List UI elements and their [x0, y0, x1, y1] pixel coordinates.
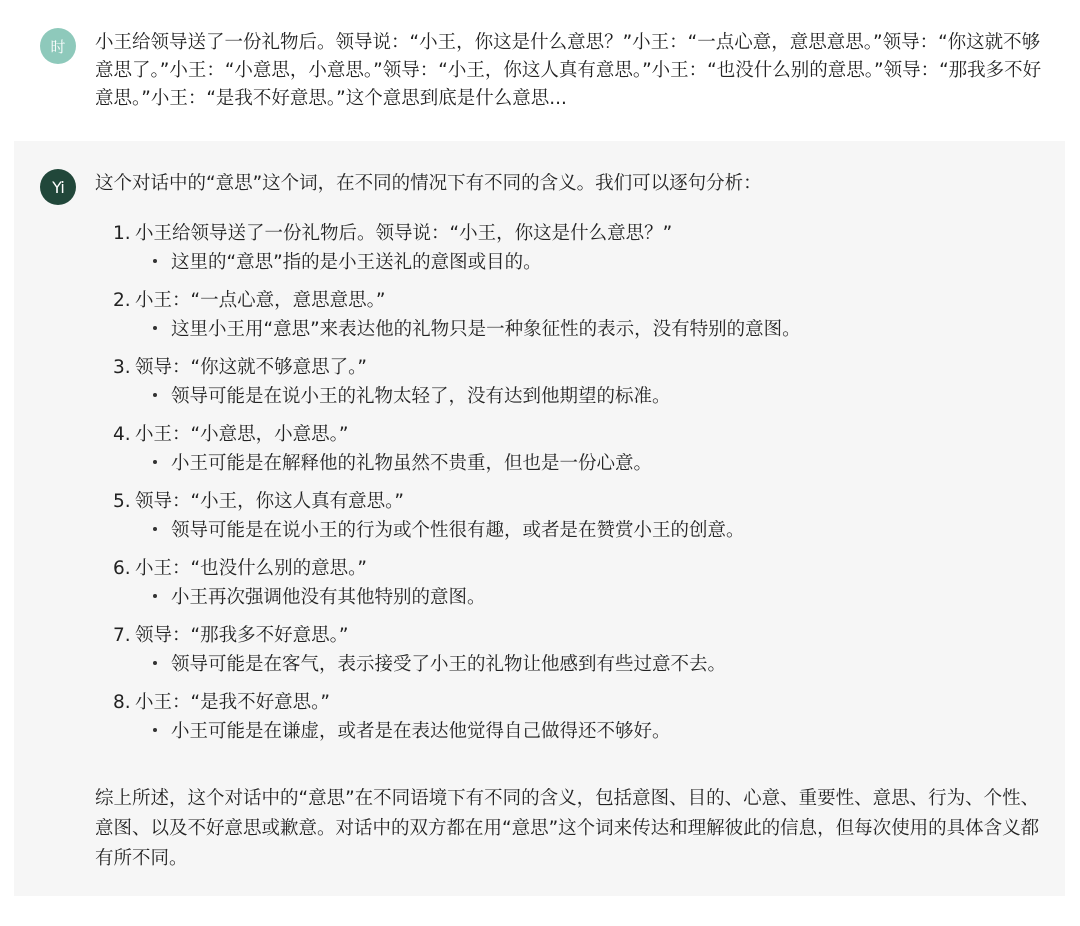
- item-explanation: 这里的“意思”指的是小王送礼的意图或目的。: [171, 248, 542, 277]
- item-quote: 领导：“那我多不好意思。”: [135, 621, 348, 650]
- item-quote: 小王：“也没什么别的意思。”: [135, 554, 367, 583]
- item-explanation: 小王再次强调他没有其他特别的意图。: [171, 583, 486, 612]
- analysis-item: 5.领导：“小王，你这人真有意思。” 领导可能是在说小王的行为或个性很有趣，或者…: [113, 487, 1053, 545]
- user-avatar-label: 时: [50, 36, 65, 57]
- bullet-icon: [153, 393, 157, 397]
- analysis-list: 1.小王给领导送了一份礼物后。领导说：“小王，你这是什么意思？” 这里的“意思”…: [113, 219, 1053, 755]
- item-quote: 小王：“是我不好意思。”: [135, 688, 330, 717]
- user-message-text: 小王给领导送了一份礼物后。领导说：“小王，你这是什么意思？”小王：“一点心意，意…: [95, 29, 1055, 113]
- item-number: 1.: [113, 219, 135, 248]
- analysis-item: 6.小王：“也没什么别的意思。” 小王再次强调他没有其他特别的意图。: [113, 554, 1053, 612]
- item-quote: 领导：“小王，你这人真有意思。”: [135, 487, 404, 516]
- item-explanation: 领导可能是在说小王的行为或个性很有趣，或者是在赞赏小王的创意。: [171, 516, 745, 545]
- item-number: 7.: [113, 621, 135, 650]
- analysis-item: 8.小王：“是我不好意思。” 小王可能是在谦虚，或者是在表达他觉得自己做得还不够…: [113, 688, 1053, 746]
- item-number: 6.: [113, 554, 135, 583]
- item-quote: 小王：“小意思，小意思。”: [135, 420, 348, 449]
- assistant-summary: 综上所述，这个对话中的“意思”在不同语境下有不同的含义，包括意图、目的、心意、重…: [95, 784, 1045, 874]
- item-number: 2.: [113, 286, 135, 315]
- analysis-item: 7.领导：“那我多不好意思。” 领导可能是在客气，表示接受了小王的礼物让他感到有…: [113, 621, 1053, 679]
- analysis-item: 3.领导：“你这就不够意思了。” 领导可能是在说小王的礼物太轻了，没有达到他期望…: [113, 353, 1053, 411]
- item-number: 3.: [113, 353, 135, 382]
- item-quote: 小王：“一点心意，意思意思。”: [135, 286, 385, 315]
- user-message: 时 小王给领导送了一份礼物后。领导说：“小王，你这是什么意思？”小王：“一点心意…: [0, 0, 1080, 141]
- item-number: 5.: [113, 487, 135, 516]
- bullet-icon: [153, 460, 157, 464]
- bullet-icon: [153, 326, 157, 330]
- bullet-icon: [153, 594, 157, 598]
- bullet-icon: [153, 527, 157, 531]
- item-number: 4.: [113, 420, 135, 449]
- assistant-avatar: Yi: [40, 169, 76, 205]
- bullet-icon: [153, 661, 157, 665]
- item-number: 8.: [113, 688, 135, 717]
- bullet-icon: [153, 728, 157, 732]
- analysis-item: 1.小王给领导送了一份礼物后。领导说：“小王，你这是什么意思？” 这里的“意思”…: [113, 219, 1053, 277]
- assistant-avatar-label: Yi: [52, 178, 64, 197]
- assistant-intro: 这个对话中的“意思”这个词，在不同的情况下有不同的含义。我们可以逐句分析：: [95, 170, 762, 198]
- analysis-item: 2.小王：“一点心意，意思意思。” 这里小王用“意思”来表达他的礼物只是一种象征…: [113, 286, 1053, 344]
- bullet-icon: [153, 259, 157, 263]
- item-explanation: 小王可能是在解释他的礼物虽然不贵重，但也是一份心意。: [171, 449, 652, 478]
- item-explanation: 这里小王用“意思”来表达他的礼物只是一种象征性的表示，没有特别的意图。: [171, 315, 801, 344]
- item-explanation: 小王可能是在谦虚，或者是在表达他觉得自己做得还不够好。: [171, 717, 671, 746]
- assistant-message: Yi 这个对话中的“意思”这个词，在不同的情况下有不同的含义。我们可以逐句分析：…: [14, 141, 1065, 896]
- item-quote: 领导：“你这就不够意思了。”: [135, 353, 367, 382]
- analysis-item: 4.小王：“小意思，小意思。” 小王可能是在解释他的礼物虽然不贵重，但也是一份心…: [113, 420, 1053, 478]
- item-explanation: 领导可能是在客气，表示接受了小王的礼物让他感到有些过意不去。: [171, 650, 726, 679]
- item-quote: 小王给领导送了一份礼物后。领导说：“小王，你这是什么意思？”: [135, 219, 672, 248]
- item-explanation: 领导可能是在说小王的礼物太轻了，没有达到他期望的标准。: [171, 382, 671, 411]
- user-avatar: 时: [40, 28, 76, 64]
